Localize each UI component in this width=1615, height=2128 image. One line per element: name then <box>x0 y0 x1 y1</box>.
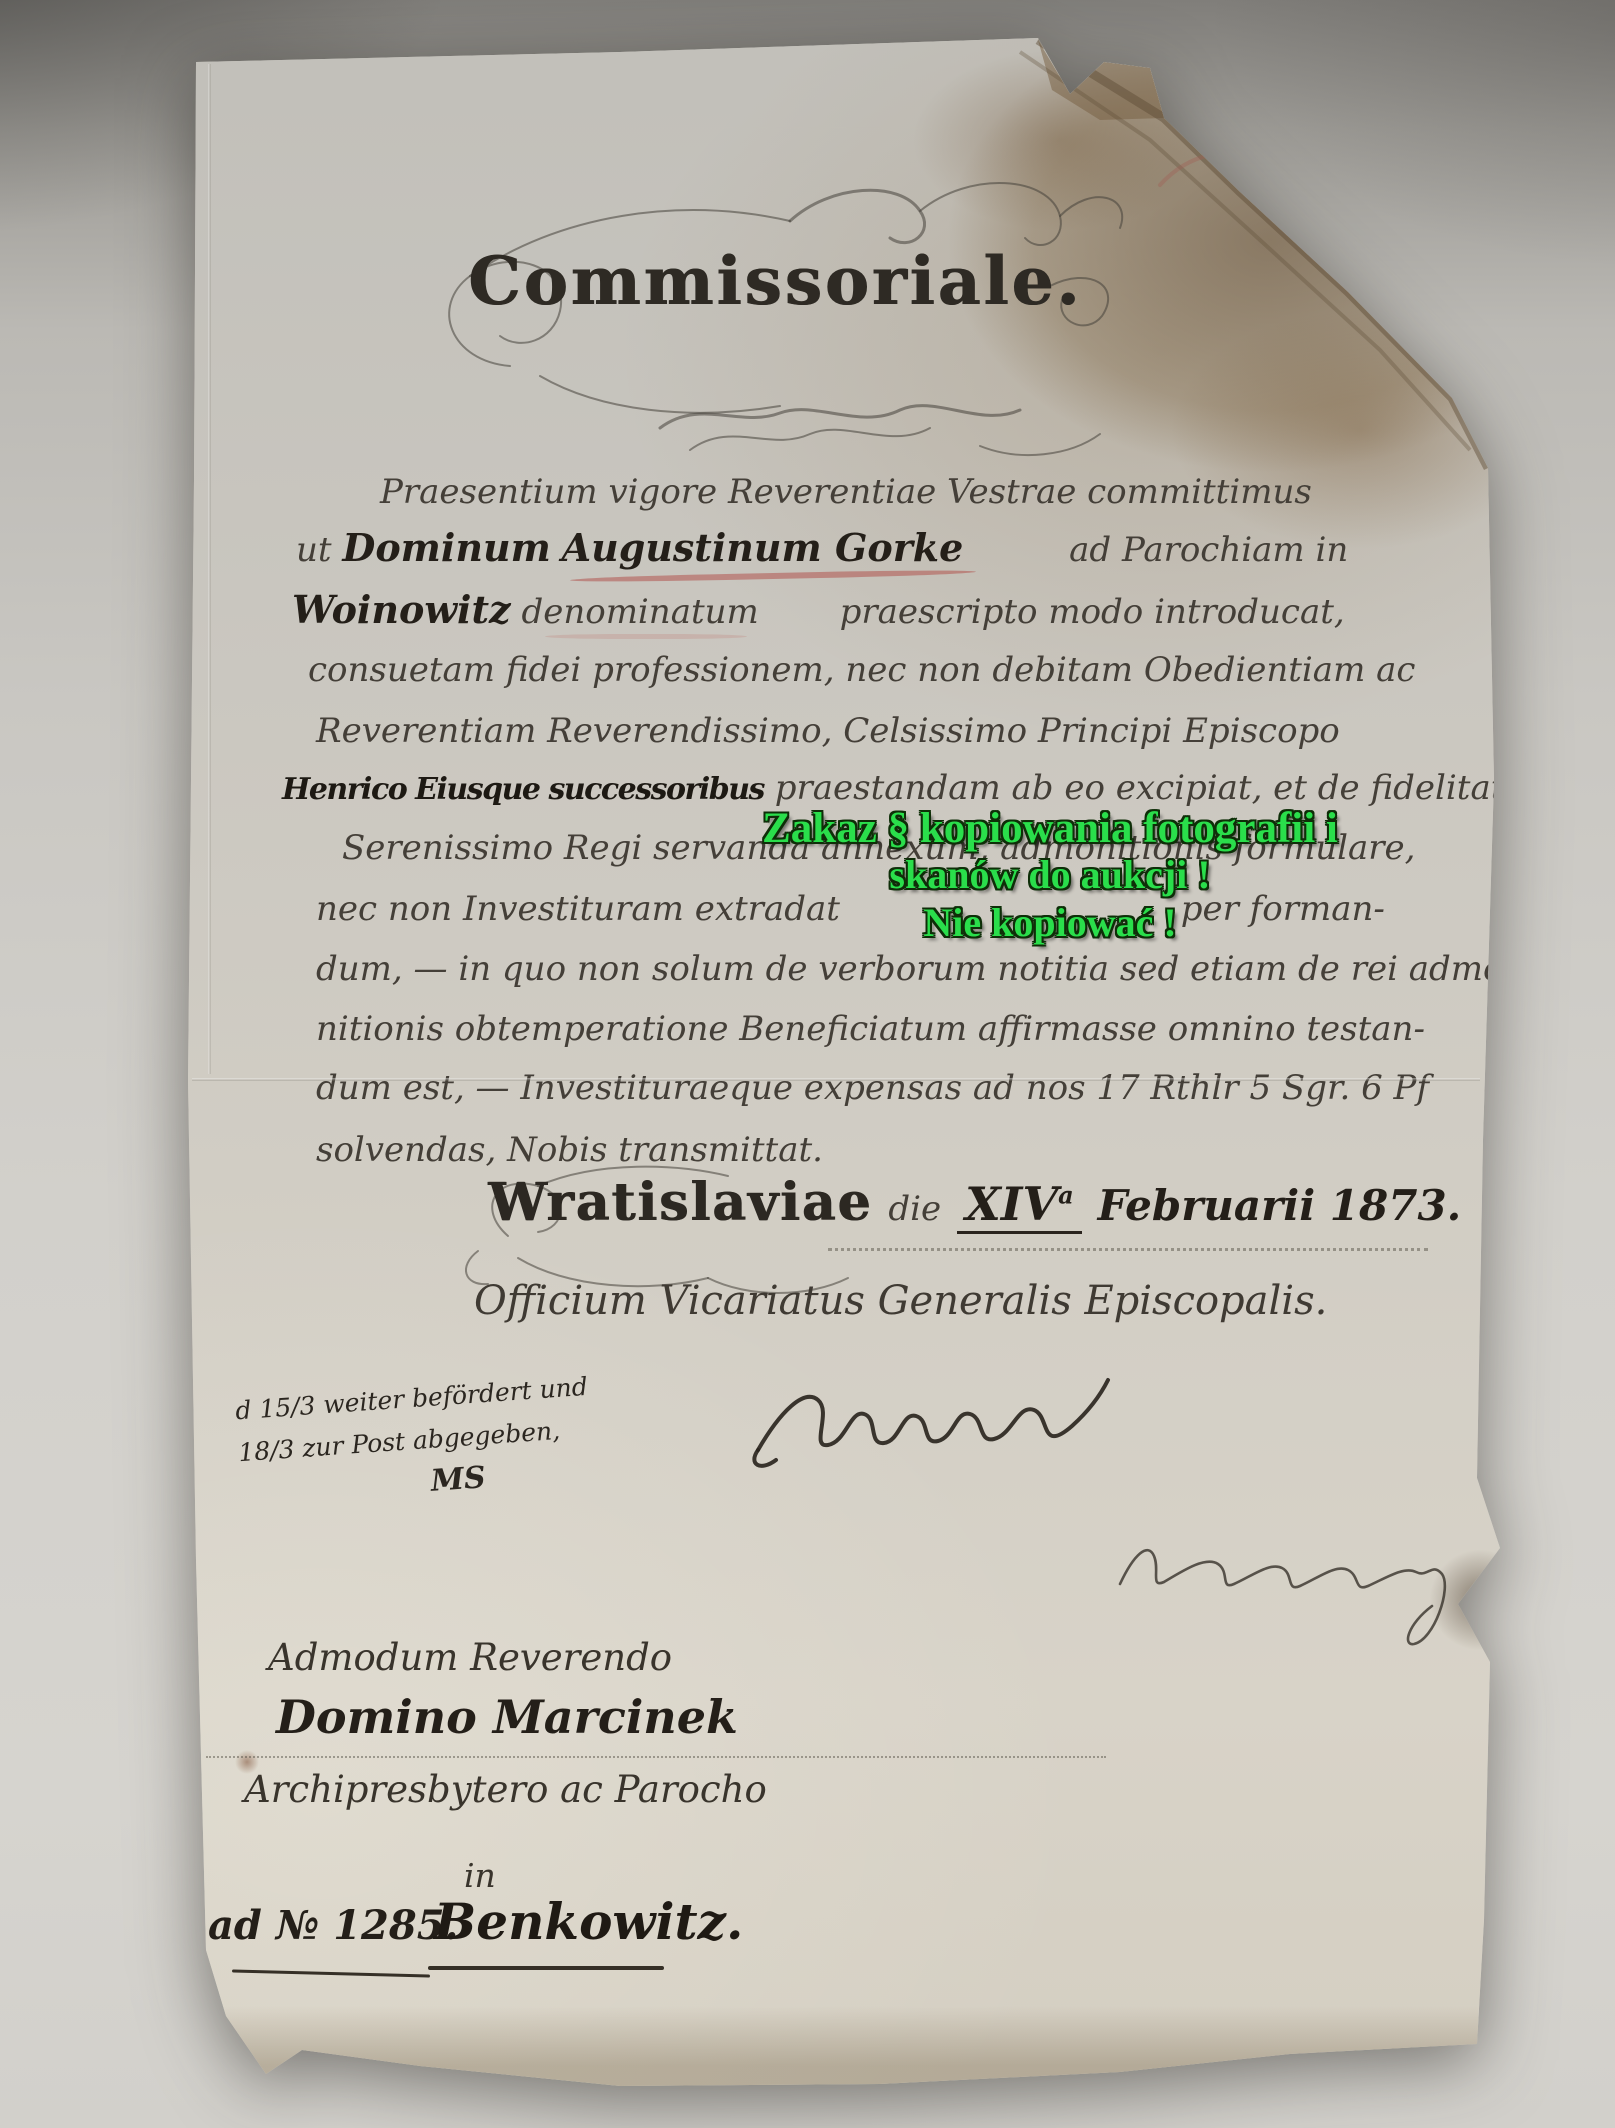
copyright-watermark: Zakaz § kopiowania fotografii i skanów d… <box>700 806 1400 946</box>
body-line-10: nitionis obtemperatione Beneficiatum aff… <box>316 1005 1425 1053</box>
place-underline <box>428 1966 664 1970</box>
vicariate-signature <box>750 1352 1130 1492</box>
fold-crease-horizontal <box>192 1078 1480 1081</box>
body-line-5: Reverentiam Reverendissimo, Celsissimo P… <box>316 707 1340 755</box>
dateline-day: XIVa <box>957 1177 1081 1234</box>
dateline-place: Wratislaviae <box>488 1172 872 1233</box>
address-line-1: Admodum Reverendo <box>268 1636 672 1679</box>
dateline-month-year: Februarii 1873. <box>1098 1181 1462 1230</box>
body-line-2: ut Dominum Augustinum Gorke ad Parochiam… <box>296 524 1348 574</box>
address-line-4: in <box>464 1856 496 1895</box>
reference-underline <box>232 1969 430 1977</box>
fold-crease-vertical <box>208 64 211 1074</box>
office-line: Officium Vicariatus Generalis Episcopali… <box>474 1278 1327 1324</box>
watermark-line-2: skanów do aukcji ! <box>700 852 1400 898</box>
recipient-signature <box>1112 1512 1502 1662</box>
document-title: Commissoriale. <box>468 242 1082 320</box>
body-line-9: dum, — in quo non solum de verborum noti… <box>316 945 1515 993</box>
photo-of-document: Commissoriale. Praesentium vigore Revere… <box>0 0 1615 2128</box>
body-line-3: Woinowitz denominatum praescripto modo i… <box>292 586 1345 636</box>
paper-shadow: Commissoriale. Praesentium vigore Revere… <box>0 0 1615 2128</box>
bottom-torn-edge <box>206 2006 1478 2086</box>
faint-pencil-mark <box>1150 130 1360 210</box>
dateline: Wratislaviae die XIVa Februarii 1873. <box>488 1172 1461 1234</box>
body-line-11: dum est, — Investituraeque expensas ad n… <box>316 1064 1429 1112</box>
body-line-4: consuetam fidei professionem, nec non de… <box>308 646 1415 694</box>
watermark-line-1: Zakaz § kopiowania fotografii i <box>700 806 1400 852</box>
reference-number: ad № 1285. <box>208 1902 458 1949</box>
address-place: Benkowitz. <box>434 1892 743 1951</box>
body-line-1: Praesentium vigore Reverentiae Vestrae c… <box>380 468 1312 516</box>
address-line-3: Archipresbytero ac Parocho <box>244 1768 767 1811</box>
marginal-note-initials: MS <box>429 1450 595 1503</box>
document-paper: Commissoriale. Praesentium vigore Revere… <box>0 0 1615 2128</box>
recipient-dotted-rule <box>206 1712 1106 1758</box>
watermark-line-3: Nie kopiować ! <box>700 900 1400 946</box>
marginal-note: d 15/3 weiter befördert und 18/3 zur Pos… <box>234 1366 595 1516</box>
